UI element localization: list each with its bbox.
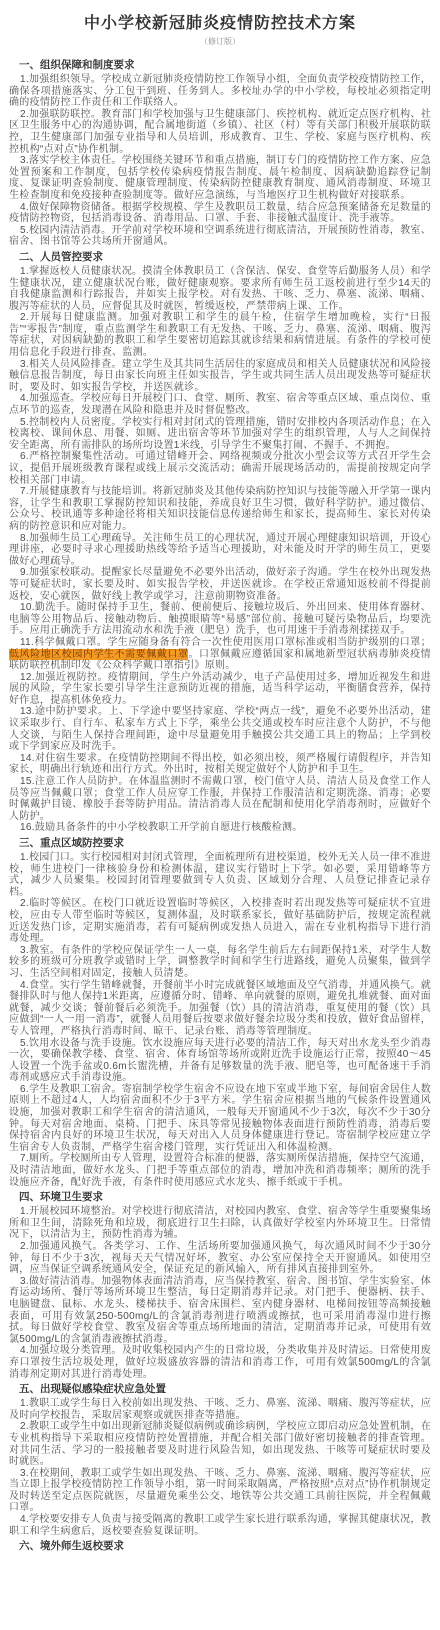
text-run: 4.食堂。实行学生错峰就餐，开餐前半小时完成就餐区域地面及空气消毒，并通风换气。… [9, 980, 431, 1037]
paragraph: 5.校园内清洁消毒。开学前对学校环境和空调系统进行彻底清洁，开展预防性消毒，教室… [9, 225, 431, 248]
paragraph: 6.学生及教职工宿舍。寄宿制学校学生宿舍不应设在地下室或半地下室，每间宿舍居住人… [9, 1084, 431, 1154]
text-run: 4.做好保障物资储备。根据学校规模、学生及教职员工数量，结合应急预案储备充足数量… [9, 202, 431, 225]
text-run: 3.在校期间，教职工或学生如出现发热、干咳、乏力、鼻塞、流涕、咽痛、腹泻等症状，… [9, 1468, 431, 1514]
paragraph: 11.科学佩戴口罩。学生应随身备有符合一次性使用医用口罩标准或相当防护级别的口罩… [9, 637, 431, 672]
document-body: 一、组织保障和制度要求1.加强组织领导。学校成立新冠肺炎疫情防控工作领导小组，全… [9, 59, 431, 1553]
paragraph: 3.教室。有条件的学校应保证学生一人一桌，每名学生前后左右间距保持1米，对学生人… [9, 945, 431, 980]
text-run: 4.学校要安排专人负责与接受隔离的教职工或学生家长进行联系沟通，掌握其健康状况，… [9, 1514, 431, 1537]
paragraph: 15.注意工作人员防护。在体温监测时不需戴口罩，校门值守人员、清洁人员及食堂工作… [9, 776, 431, 822]
paragraph: 4.加强巡查。学校应每日开展校门口、食堂、厕所、教室、宿舍等重点区域、重点岗位、… [9, 393, 431, 416]
text-run: 5.控制校内人员密度。学校实行相对封闭式的管理措施，错时安排校内各项活动作息；在… [9, 417, 431, 451]
highlighted-text: 低风险地区校园内学生不需要佩戴口罩 [9, 649, 188, 660]
text-run: 1.教职工或学生每日入校前如出现发热、干咳、乏力、鼻塞、流涕、咽痛、腹泻等症状，… [9, 1398, 431, 1421]
text-run: 3.做好清洁消毒。加强物体表面清洁消毒，应当保持教室、宿舍、图书馆、学生实验室、… [9, 1276, 431, 1345]
text-run: 6.严格控制聚集性活动。可通过错峰开会、网络视频或分批次小型会议等方式召开学生会… [9, 451, 431, 485]
text-run: 3.落实学校主体责任。学校围绕关键环节和重点措施，制订专门的疫情防控工作方案、应… [9, 155, 431, 201]
section-heading: 六、境外师生返校要求 [9, 1540, 431, 1553]
text-run: 2.教职工或学生中如出现新冠肺炎疑似病例或确诊病例，学校应立即启动应急处置机制，… [9, 1421, 431, 1467]
paragraph: 4.学校要安排专人负责与接受隔离的教职工或学生家长进行联系沟通，掌握其健康状况，… [9, 1514, 431, 1537]
paragraph: 8.加强师生员工心理疏导。关注师生员工的心理状况，通过开展心理健康知识培训，开设… [9, 533, 431, 568]
text-run: 13.途中防护要求。上、下学途中要坚持家庭、学校“两点一线”，避免不必要外出活动… [9, 706, 431, 752]
paragraph: 12.加强近视防控。疫情期间，学生户外活动减少，电子产品使用过多，增加近视发生和… [9, 672, 431, 707]
text-run: 6.学生及教职工宿舍。寄宿制学校学生宿舍不应设在地下室或半地下室，每间宿舍居住人… [9, 1084, 431, 1153]
text-run: 5.校园内清洁消毒。开学前对学校环境和空调系统进行彻底清洁，开展预防性消毒，教室… [9, 225, 431, 248]
document-page: 中小学校新冠肺炎疫情防控技术方案 （修订版） 一、组织保障和制度要求1.加强组织… [0, 0, 440, 1630]
text-run: 3.教室。有条件的学校应保证学生一人一桌，每名学生前后左右间距保持1米，对学生人… [9, 945, 431, 979]
section-heading: 三、重点区域防控要求 [9, 837, 431, 850]
paragraph: 4.食堂。实行学生错峰就餐，开餐前半小时完成就餐区域地面及空气消毒，并通风换气。… [9, 980, 431, 1038]
paragraph: 2.加强联防联控。教育部门和学校加强与卫生健康部门、疾控机构、就近定点医疗机构、… [9, 109, 431, 155]
paragraph: 3.相关人员风险排查。建立学生及其共同生活居住的家庭成员和相关人员健康状况和风险… [9, 359, 431, 394]
text-run: 3.相关人员风险排查。建立学生及其共同生活居住的家庭成员和相关人员健康状况和风险… [9, 359, 431, 393]
paragraph: 10.勤洗手。随时保持手卫生，餐前、便前便后、接触垃圾后、外出回来、使用体育器材… [9, 602, 431, 637]
paragraph: 2.加强通风换气。各类学习、工作、生活场所要加强通风换气，每次通风时间不少于30… [9, 1241, 431, 1276]
paragraph: 3.落实学校主体责任。学校围绕关键环节和重点措施，制订专门的疫情防控工作方案、应… [9, 155, 431, 201]
paragraph: 7.厕所。学校厕所由专人管理，设置符合标准的便器，落实厕所保洁措施，保持空气流通… [9, 1153, 431, 1188]
paragraph: 7.开展健康教育与技能培训。将新冠肺炎及其他传染病防控知识与技能等融入开学第一课… [9, 486, 431, 532]
paragraph: 1.加强组织领导。学校成立新冠肺炎疫情防控工作领导小组，全面负责学校疫情防控工作… [9, 74, 431, 109]
paragraph: 1.掌握返校人员健康状况。摸清全体教职员工（含保洁、保安、食堂等后勤服务人员）和… [9, 266, 431, 312]
page-title: 中小学校新冠肺炎疫情防控技术方案 [9, 14, 431, 34]
text-run: 5.饮用水设备与洗手设施。饮水设施应每天进行必要的清洁工作，每天对出水龙头至少消… [9, 1038, 431, 1084]
page-subtitle: （修订版） [9, 36, 431, 47]
paragraph: 2.临时等候区。在校门口就近设置临时等候区，入校排查时若出现发热等可疑症状不宜进… [9, 898, 431, 944]
paragraph: 1.教职工或学生每日入校前如出现发热、干咳、乏力、鼻塞、流涕、咽痛、腹泻等症状，… [9, 1398, 431, 1421]
text-run: 1.掌握返校人员健康状况。摸清全体教职员工（含保洁、保安、食堂等后勤服务人员）和… [9, 266, 431, 312]
paragraph: 1.校园门口。实行校园相对封闭式管理，全面梳理所有进校渠道，校外无关人员一律不准… [9, 852, 431, 898]
text-run: 1.开展校园环境整治。对学校进行彻底清洁，对校园内教室、食堂、宿舍等学生重要聚集… [9, 1206, 431, 1240]
text-run: 16.鼓励具备条件的中小学校教职工开学前自愿进行核酸检测。 [20, 822, 303, 833]
paragraph: 5.控制校内人员密度。学校实行相对封闭式的管理措施，错时安排校内各项活动作息；在… [9, 417, 431, 452]
paragraph: 2.教职工或学生中如出现新冠肺炎疑似病例或确诊病例，学校应立即启动应急处置机制，… [9, 1421, 431, 1467]
paragraph: 16.鼓励具备条件的中小学校教职工开学前自愿进行核酸检测。 [9, 822, 431, 834]
text-run: 9.加强家校联动。提醒家长尽量避免不必要外出活动，做好亲子沟通。学生在校外出现发… [9, 567, 431, 601]
paragraph: 1.开展校园环境整治。对学校进行彻底清洁，对校园内教室、食堂、宿舍等学生重要聚集… [9, 1206, 431, 1241]
paragraph: 5.饮用水设备与洗手设施。饮水设施应每天进行必要的清洁工作，每天对出水龙头至少消… [9, 1038, 431, 1084]
paragraph: 6.严格控制聚集性活动。可通过错峰开会、网络视频或分批次小型会议等方式召开学生会… [9, 451, 431, 486]
paragraph: 3.做好清洁消毒。加强物体表面清洁消毒，应当保持教室、宿舍、图书馆、学生实验室、… [9, 1276, 431, 1346]
text-run: 4.加强巡查。学校应每日开展校门口、食堂、厕所、教室、宿舍等重点区域、重点岗位、… [9, 393, 431, 416]
section-heading: 二、人员管控要求 [9, 251, 431, 264]
text-run: 14.对住宿生要求。在疫情防控期间不得出校，如必须出校，须严格履行请假程序，并告… [9, 753, 431, 776]
text-run: 2.加强通风换气。各类学习、工作、生活场所要加强通风换气，每次通风时间不少于30… [9, 1241, 431, 1275]
text-run: 1.加强组织领导。学校成立新冠肺炎疫情防控工作领导小组，全面负责学校疫情防控工作… [9, 74, 431, 108]
text-run: 2.开展每日健康监测。加强对教职工和学生的晨午检，住宿学生增加晚检，实行“日报告… [9, 312, 431, 358]
paragraph: 14.对住宿生要求。在疫情防控期间不得出校，如必须出校，须严格履行请假程序，并告… [9, 753, 431, 776]
paragraph: 4.加强垃圾分类管理。及时收集校园内产生的日常垃圾，分类收集并及时清运。日常使用… [9, 1345, 431, 1380]
paragraph: 2.开展每日健康监测。加强对教职工和学生的晨午检，住宿学生增加晚检，实行“日报告… [9, 312, 431, 358]
paragraph: 13.途中防护要求。上、下学途中要坚持家庭、学校“两点一线”，避免不必要外出活动… [9, 706, 431, 752]
text-run: 15.注意工作人员防护。在体温监测时不需戴口罩，校门值守人员、清洁人员及食堂工作… [9, 776, 431, 822]
text-run: 2.临时等候区。在校门口就近设置临时等候区，入校排查时若出现发热等可疑症状不宜进… [9, 898, 431, 944]
section-heading: 五、出现疑似感染症状应急处置 [9, 1383, 431, 1396]
paragraph: 3.在校期间，教职工或学生如出现发热、干咳、乏力、鼻塞、流涕、咽痛、腹泻等症状，… [9, 1468, 431, 1514]
paragraph: 4.做好保障物资储备。根据学校规模、学生及教职员工数量，结合应急预案储备充足数量… [9, 202, 431, 225]
text-run: 1.校园门口。实行校园相对封闭式管理，全面梳理所有进校渠道，校外无关人员一律不准… [9, 852, 431, 898]
text-run: 7.厕所。学校厕所由专人管理，设置符合标准的便器，落实厕所保洁措施，保持空气流通… [9, 1153, 431, 1187]
text-run: 2.加强联防联控。教育部门和学校加强与卫生健康部门、疾控机构、就近定点医疗机构、… [9, 109, 431, 155]
text-run: 12.加强近视防控。疫情期间，学生户外活动减少，电子产品使用过多，增加近视发生和… [9, 672, 431, 706]
section-heading: 四、环境卫生要求 [9, 1191, 431, 1204]
section-heading: 一、组织保障和制度要求 [9, 59, 431, 72]
text-run: 10.勤洗手。随时保持手卫生，餐前、便前便后、接触垃圾后、外出回来、使用体育器材… [9, 602, 431, 636]
text-run: 11.科学佩戴口罩。学生应随身备有符合一次性使用医用口罩标准或相当防护级别的口罩… [20, 637, 431, 648]
text-run: 8.加强师生员工心理疏导。关注师生员工的心理状况，通过开展心理健康知识培训，开设… [9, 533, 431, 567]
text-run: 4.加强垃圾分类管理。及时收集校园内产生的日常垃圾，分类收集并及时清运。日常使用… [9, 1345, 431, 1379]
paragraph: 9.加强家校联动。提醒家长尽量避免不必要外出活动，做好亲子沟通。学生在校外出现发… [9, 567, 431, 602]
text-run: 7.开展健康教育与技能培训。将新冠肺炎及其他传染病防控知识与技能等融入开学第一课… [9, 486, 431, 532]
